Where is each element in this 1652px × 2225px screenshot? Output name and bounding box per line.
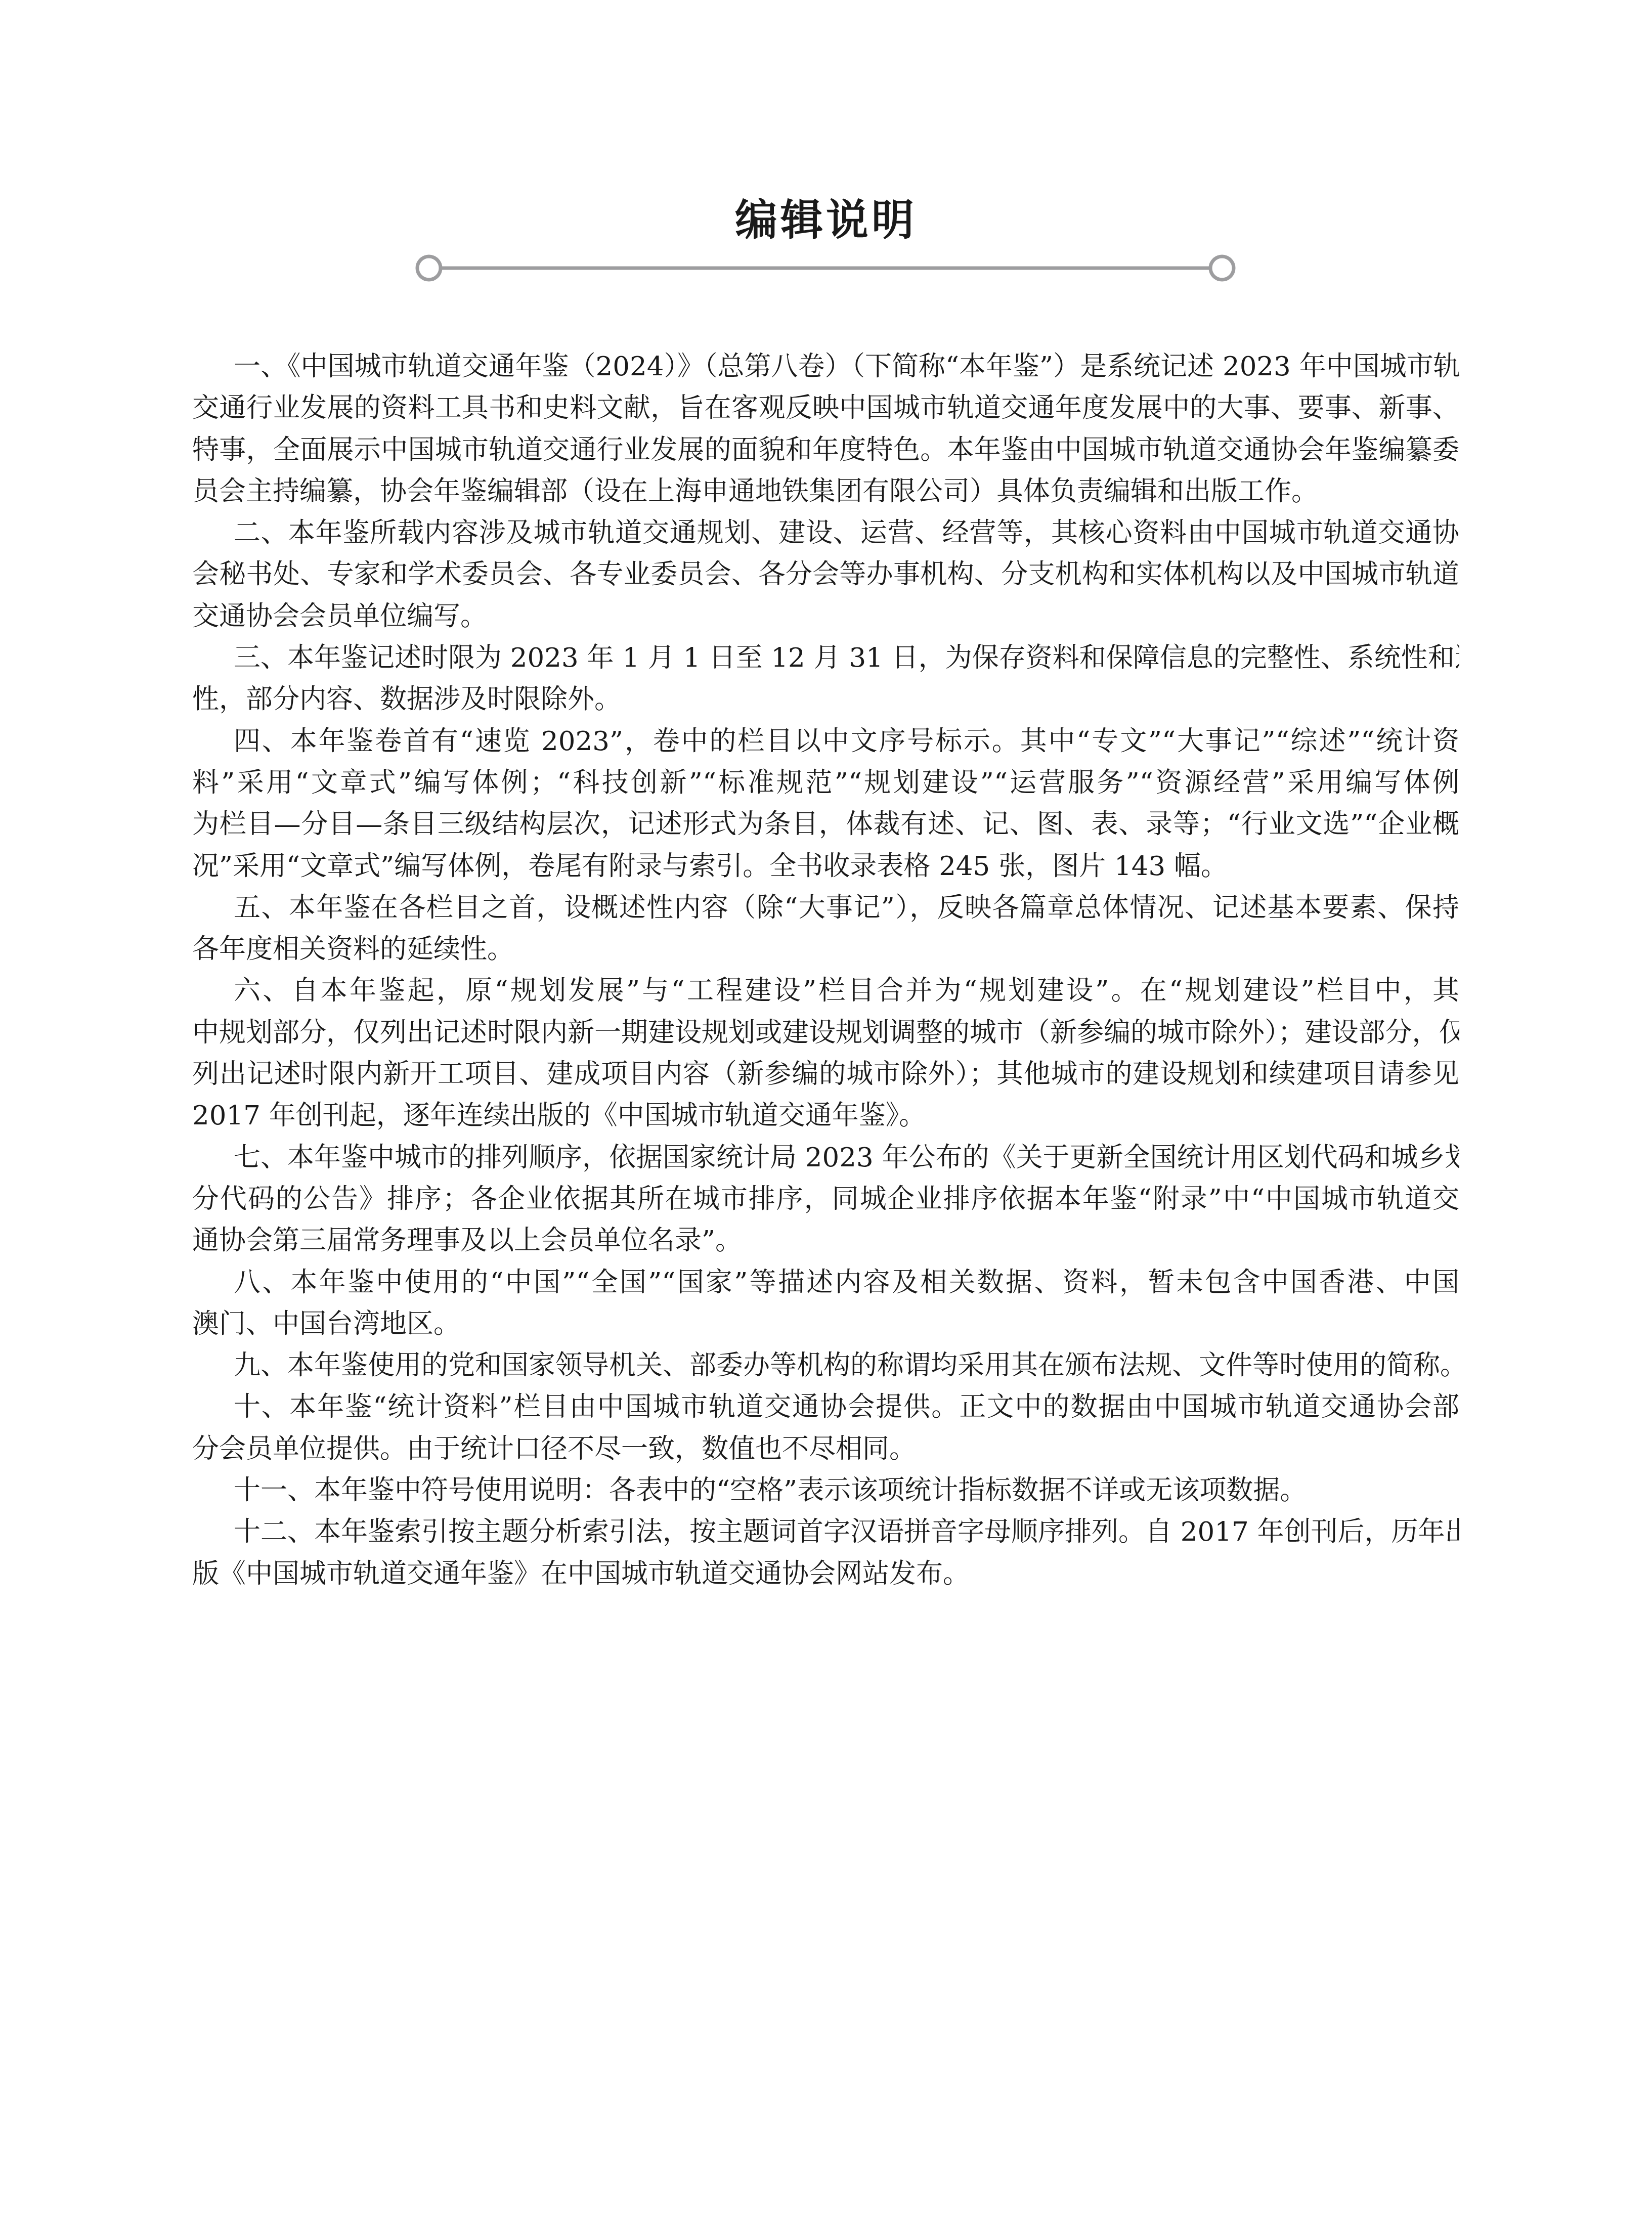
page-title: 编辑说明 — [0, 190, 1652, 250]
paragraph-7: 七、本年鉴中城市的排列顺序，依据国家统计局 2023 年公布的《关于更新全国统计… — [192, 1137, 1459, 1262]
text-line: 澳门、中国台湾地区。 — [192, 1303, 1459, 1345]
left-ring-icon — [417, 256, 441, 280]
paragraph-6: 六、自本年鉴起，原“规划发展”与“工程建设”栏目合并为“规划建设”。在“规划建设… — [192, 970, 1459, 1137]
paragraph-1: 一、《中国城市轨道交通年鉴（2024）》（总第八卷）（下简称“本年鉴”）是系统记… — [192, 346, 1459, 512]
text-line: 料”采用“文章式”编写体例；“科技创新”“标准规范”“规划建设”“运营服务”“资… — [192, 762, 1459, 804]
text-line: 分代码的公告》排序；各企业依据其所在城市排序，同城企业排序依据本年鉴“附录”中“… — [192, 1179, 1459, 1220]
text-line: 六、自本年鉴起，原“规划发展”与“工程建设”栏目合并为“规划建设”。在“规划建设… — [192, 970, 1459, 1012]
text-line: 一、《中国城市轨道交通年鉴（2024）》（总第八卷）（下简称“本年鉴”）是系统记… — [192, 346, 1459, 387]
text-line: 性，部分内容、数据涉及时限除外。 — [192, 679, 1459, 720]
text-line: 通协会第三届常务理事及以上会员单位名录”。 — [192, 1220, 1459, 1261]
paragraph-2: 二、本年鉴所载内容涉及城市轨道交通规划、建设、运营、经营等，其核心资料由中国城市… — [192, 512, 1459, 637]
text-line: 列出记述时限内新开工项目、建成项目内容（新参编的城市除外）；其他城市的建设规划和… — [192, 1054, 1459, 1095]
paragraph-12: 十二、本年鉴索引按主题分析索引法，按主题词首字汉语拼音字母顺序排列。自 2017… — [192, 1511, 1459, 1595]
text-line: 十二、本年鉴索引按主题分析索引法，按主题词首字汉语拼音字母顺序排列。自 2017… — [192, 1511, 1459, 1553]
text-line: 五、本年鉴在各栏目之首，设概述性内容（除“大事记”），反映各篇章总体情况、记述基… — [192, 887, 1459, 929]
text-line: 九、本年鉴使用的党和国家领导机关、部委办等机构的称谓均采用其在颁布法规、文件等时… — [192, 1345, 1459, 1386]
text-line: 为栏目—分目—条目三级结构层次，记述形式为条目，体裁有述、记、图、表、录等；“行… — [192, 804, 1459, 845]
paragraph-4: 四、本年鉴卷首有“速览 2023”，卷中的栏目以中文序号标示。其中“专文”“大事… — [192, 721, 1459, 887]
paragraph-11: 十一、本年鉴中符号使用说明：各表中的“空格”表示该项统计指标数据不详或无该项数据… — [192, 1470, 1459, 1511]
text-line: 员会主持编纂，协会年鉴编辑部（设在上海申通地铁集团有限公司）具体负责编辑和出版工… — [192, 471, 1459, 512]
paragraph-10: 十、本年鉴“统计资料”栏目由中国城市轨道交通协会提供。正文中的数据由中国城市轨道… — [192, 1386, 1459, 1470]
title-divider — [414, 253, 1238, 283]
text-line: 中规划部分，仅列出记述时限内新一期建设规划或建设规划调整的城市（新参编的城市除外… — [192, 1012, 1459, 1054]
text-line: 会秘书处、专家和学术委员会、各专业委员会、各分会等办事机构、分支机构和实体机构以… — [192, 554, 1459, 595]
text-line: 各年度相关资料的延续性。 — [192, 929, 1459, 970]
paragraph-3: 三、本年鉴记述时限为 2023 年 1 月 1 日至 12 月 31 日，为保存… — [192, 637, 1459, 721]
divider-line-icon — [414, 253, 1238, 283]
paragraph-9: 九、本年鉴使用的党和国家领导机关、部委办等机构的称谓均采用其在颁布法规、文件等时… — [192, 1345, 1459, 1386]
paragraph-5: 五、本年鉴在各栏目之首，设概述性内容（除“大事记”），反映各篇章总体情况、记述基… — [192, 887, 1459, 971]
text-line: 七、本年鉴中城市的排列顺序，依据国家统计局 2023 年公布的《关于更新全国统计… — [192, 1137, 1459, 1179]
text-line: 十、本年鉴“统计资料”栏目由中国城市轨道交通协会提供。正文中的数据由中国城市轨道… — [192, 1386, 1459, 1428]
text-line: 二、本年鉴所载内容涉及城市轨道交通规划、建设、运营、经营等，其核心资料由中国城市… — [192, 512, 1459, 554]
text-line: 2017 年创刊起，逐年连续出版的《中国城市轨道交通年鉴》。 — [192, 1095, 1459, 1137]
text-line: 交通协会会员单位编写。 — [192, 596, 1459, 637]
text-line: 分会员单位提供。由于统计口径不尽一致，数值也不尽相同。 — [192, 1428, 1459, 1470]
text-line: 特事，全面展示中国城市轨道交通行业发展的面貌和年度特色。本年鉴由中国城市轨道交通… — [192, 429, 1459, 471]
text-line: 三、本年鉴记述时限为 2023 年 1 月 1 日至 12 月 31 日，为保存… — [192, 637, 1459, 679]
text-line: 八、本年鉴中使用的“中国”“全国”“国家”等描述内容及相关数据、资料，暂未包含中… — [192, 1262, 1459, 1303]
text-line: 况”采用“文章式”编写体例，卷尾有附录与索引。全书收录表格 245 张，图片 1… — [192, 846, 1459, 887]
text-line: 版《中国城市轨道交通年鉴》在中国城市轨道交通协会网站发布。 — [192, 1553, 1459, 1595]
editorial-notes-body: 一、《中国城市轨道交通年鉴（2024）》（总第八卷）（下简称“本年鉴”）是系统记… — [192, 346, 1459, 1595]
text-line: 交通行业发展的资料工具书和史料文献，旨在客观反映中国城市轨道交通年度发展中的大事… — [192, 387, 1459, 429]
text-line: 十一、本年鉴中符号使用说明：各表中的“空格”表示该项统计指标数据不详或无该项数据… — [192, 1470, 1459, 1511]
right-ring-icon — [1210, 256, 1234, 280]
text-line: 四、本年鉴卷首有“速览 2023”，卷中的栏目以中文序号标示。其中“专文”“大事… — [192, 721, 1459, 762]
paragraph-8: 八、本年鉴中使用的“中国”“全国”“国家”等描述内容及相关数据、资料，暂未包含中… — [192, 1262, 1459, 1345]
